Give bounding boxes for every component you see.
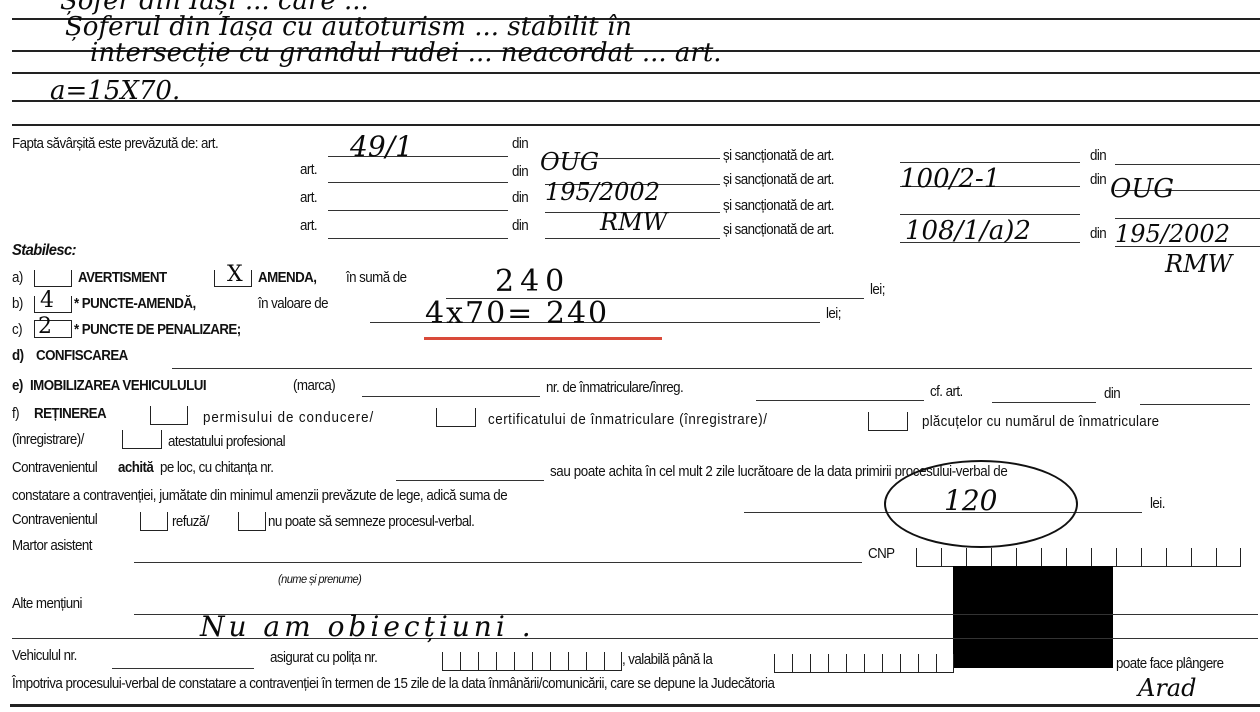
inregistrare-label: (înregistrare)/ — [12, 432, 84, 448]
chitanta-field[interactable] — [396, 480, 544, 481]
redaction-block — [953, 566, 1113, 668]
sanction-art-2[interactable]: 100/2-1 — [900, 164, 1000, 194]
art-label-2: art. — [300, 162, 317, 178]
din-label-1: din — [512, 136, 528, 152]
bottom-border — [10, 704, 1260, 707]
e-din-label: din — [1104, 386, 1120, 402]
legal-basis-intro: Fapta săvârșită este prevăzută de: art. — [12, 136, 218, 152]
c-prefix: c) — [12, 322, 22, 338]
appeal-text: Împotriva procesului-verbal de constatar… — [12, 676, 774, 692]
amenda-unit: lei; — [870, 282, 885, 298]
din-value-1[interactable]: OUG — [540, 148, 599, 176]
sanction-label-2: și sancționată de art. — [723, 172, 834, 188]
sanction-din-label-2: din — [1090, 172, 1106, 188]
a-prefix: a) — [12, 270, 23, 286]
extra-note: RMW — [1165, 250, 1232, 278]
witness-label: Martor asistent — [12, 538, 92, 554]
cf-art-label: cf. art. — [930, 384, 963, 400]
sanction-din-label-4: din — [1090, 226, 1106, 242]
payment-line1-b: achită — [118, 460, 153, 476]
certificat-checkbox[interactable] — [436, 408, 476, 427]
avertisment-checkbox[interactable] — [34, 270, 72, 287]
desc-line-3 — [12, 72, 1260, 74]
nr-inmatriculare-label: nr. de înmatriculare/înreg. — [546, 380, 683, 396]
valid-label: , valabilă până la — [622, 652, 712, 668]
sanction-art-4[interactable]: 108/1/a)2 — [905, 216, 1031, 246]
confiscarea-label: CONFISCAREA — [36, 348, 128, 364]
art-value-1[interactable]: 49/1 — [350, 130, 413, 163]
appeal-court[interactable]: Arad — [1138, 674, 1196, 702]
stabilesc-heading: Stabilesc: — [12, 242, 76, 260]
permis-checkbox[interactable] — [150, 406, 188, 425]
din-value-4[interactable]: RMW — [600, 208, 667, 236]
amenda-value[interactable]: 240 — [495, 264, 570, 299]
suma-label: în sumă de — [346, 270, 406, 286]
puncte-amenda-mark: 4 — [40, 288, 54, 313]
din-label-3: din — [512, 190, 528, 206]
handwritten-line-4: a=15X70. — [50, 76, 180, 106]
cf-art-field[interactable] — [992, 402, 1096, 403]
other-mentions-label: Alte mențiuni — [12, 596, 82, 612]
refusal-label: Contravenientul — [12, 512, 97, 528]
art-label-3: art. — [300, 190, 317, 206]
desc-line-4 — [12, 100, 1260, 102]
permis-label: permisului de conducere/ — [203, 410, 374, 426]
complaint-tail: poate face plângere — [1116, 656, 1223, 672]
imobilizarea-label: IMOBILIZAREA VEHICULULUI — [30, 378, 206, 394]
puncte-amenda-unit: lei; — [826, 306, 841, 322]
sanction-label-1: și sancționată de art. — [723, 148, 834, 164]
amenda-mark: X — [227, 262, 243, 287]
insured-label: asigurat cu polița nr. — [270, 650, 377, 666]
valoare-label: în valoare de — [258, 296, 328, 312]
payment-line1-c: pe loc, cu chitanța nr. — [160, 460, 273, 476]
half-amount-value[interactable]: 120 — [944, 484, 997, 517]
e-prefix: e) — [12, 378, 23, 394]
sanction-label-4: și sancționată de art. — [723, 222, 834, 238]
vehicle-label: Vehiculul nr. — [12, 648, 77, 664]
confiscarea-field[interactable] — [172, 368, 1252, 369]
red-underline — [424, 337, 662, 340]
puncte-amenda-value[interactable]: 4x70= 240 — [425, 296, 609, 331]
sanction-label-3: și sancționată de art. — [723, 198, 834, 214]
d-prefix: d) — [12, 348, 24, 364]
puncte-penalizare-mark: 2 — [38, 314, 52, 339]
din-label-4: din — [512, 218, 528, 234]
payment-line1-a: Contravenientul — [12, 460, 97, 476]
sanction-din-4[interactable]: 195/2002 — [1115, 220, 1230, 248]
nu-poate-label: nu poate să semneze procesul-verbal. — [268, 514, 474, 530]
vehicle-nr-field[interactable] — [112, 668, 254, 669]
placute-checkbox[interactable] — [868, 412, 908, 431]
refuza-checkbox[interactable] — [140, 512, 168, 531]
puncte-penalizare-label: * PUNCTE DE PENALIZARE; — [74, 322, 241, 338]
sanction-din-2[interactable]: OUG — [1110, 174, 1174, 204]
desc-line-5 — [12, 124, 1260, 126]
atestat-label: atestatului profesional — [168, 434, 285, 450]
cnp-grid[interactable] — [916, 548, 1241, 567]
retinerea-label: REȚINEREA — [34, 406, 106, 422]
nu-poate-checkbox[interactable] — [238, 512, 266, 531]
atestat-checkbox[interactable] — [122, 430, 162, 449]
refuza-label: refuză/ — [172, 514, 209, 530]
witness-name-hint: (nume și prenume) — [278, 572, 361, 586]
b-prefix: b) — [12, 296, 23, 312]
avertisment-label: AVERTISMENT — [78, 270, 167, 286]
valid-date-grid[interactable] — [774, 654, 954, 673]
marca-field[interactable] — [362, 396, 540, 397]
puncte-amenda-label: * PUNCTE-AMENDĂ, — [74, 296, 196, 312]
payment-unit: lei. — [1150, 496, 1165, 512]
certificat-label: certificatului de înmatriculare (înregis… — [488, 412, 768, 428]
handwritten-line-3: intersecție cu grandul rudei ... neacord… — [90, 38, 722, 68]
e-din-field[interactable] — [1140, 404, 1250, 405]
witness-name-field[interactable] — [134, 562, 862, 563]
f-prefix: f) — [12, 406, 19, 422]
din-label-2: din — [512, 164, 528, 180]
din-value-3[interactable]: 195/2002 — [545, 178, 660, 206]
art-label-4: art. — [300, 218, 317, 234]
marca-label: (marca) — [293, 378, 335, 394]
other-mentions-value[interactable]: Nu am obiecțiuni . — [200, 610, 535, 643]
sanction-din-label-1: din — [1090, 148, 1106, 164]
policy-grid[interactable] — [442, 652, 622, 671]
placute-label: plăcuțelor cu numărul de înmatriculare — [922, 414, 1159, 430]
payment-line2: constatare a contravenției, jumătate din… — [12, 488, 507, 504]
nr-inmatriculare-field[interactable] — [756, 400, 924, 401]
other-mentions-field-2[interactable] — [12, 638, 1258, 639]
amenda-label: AMENDA, — [258, 270, 316, 286]
cnp-label: CNP — [868, 546, 895, 562]
